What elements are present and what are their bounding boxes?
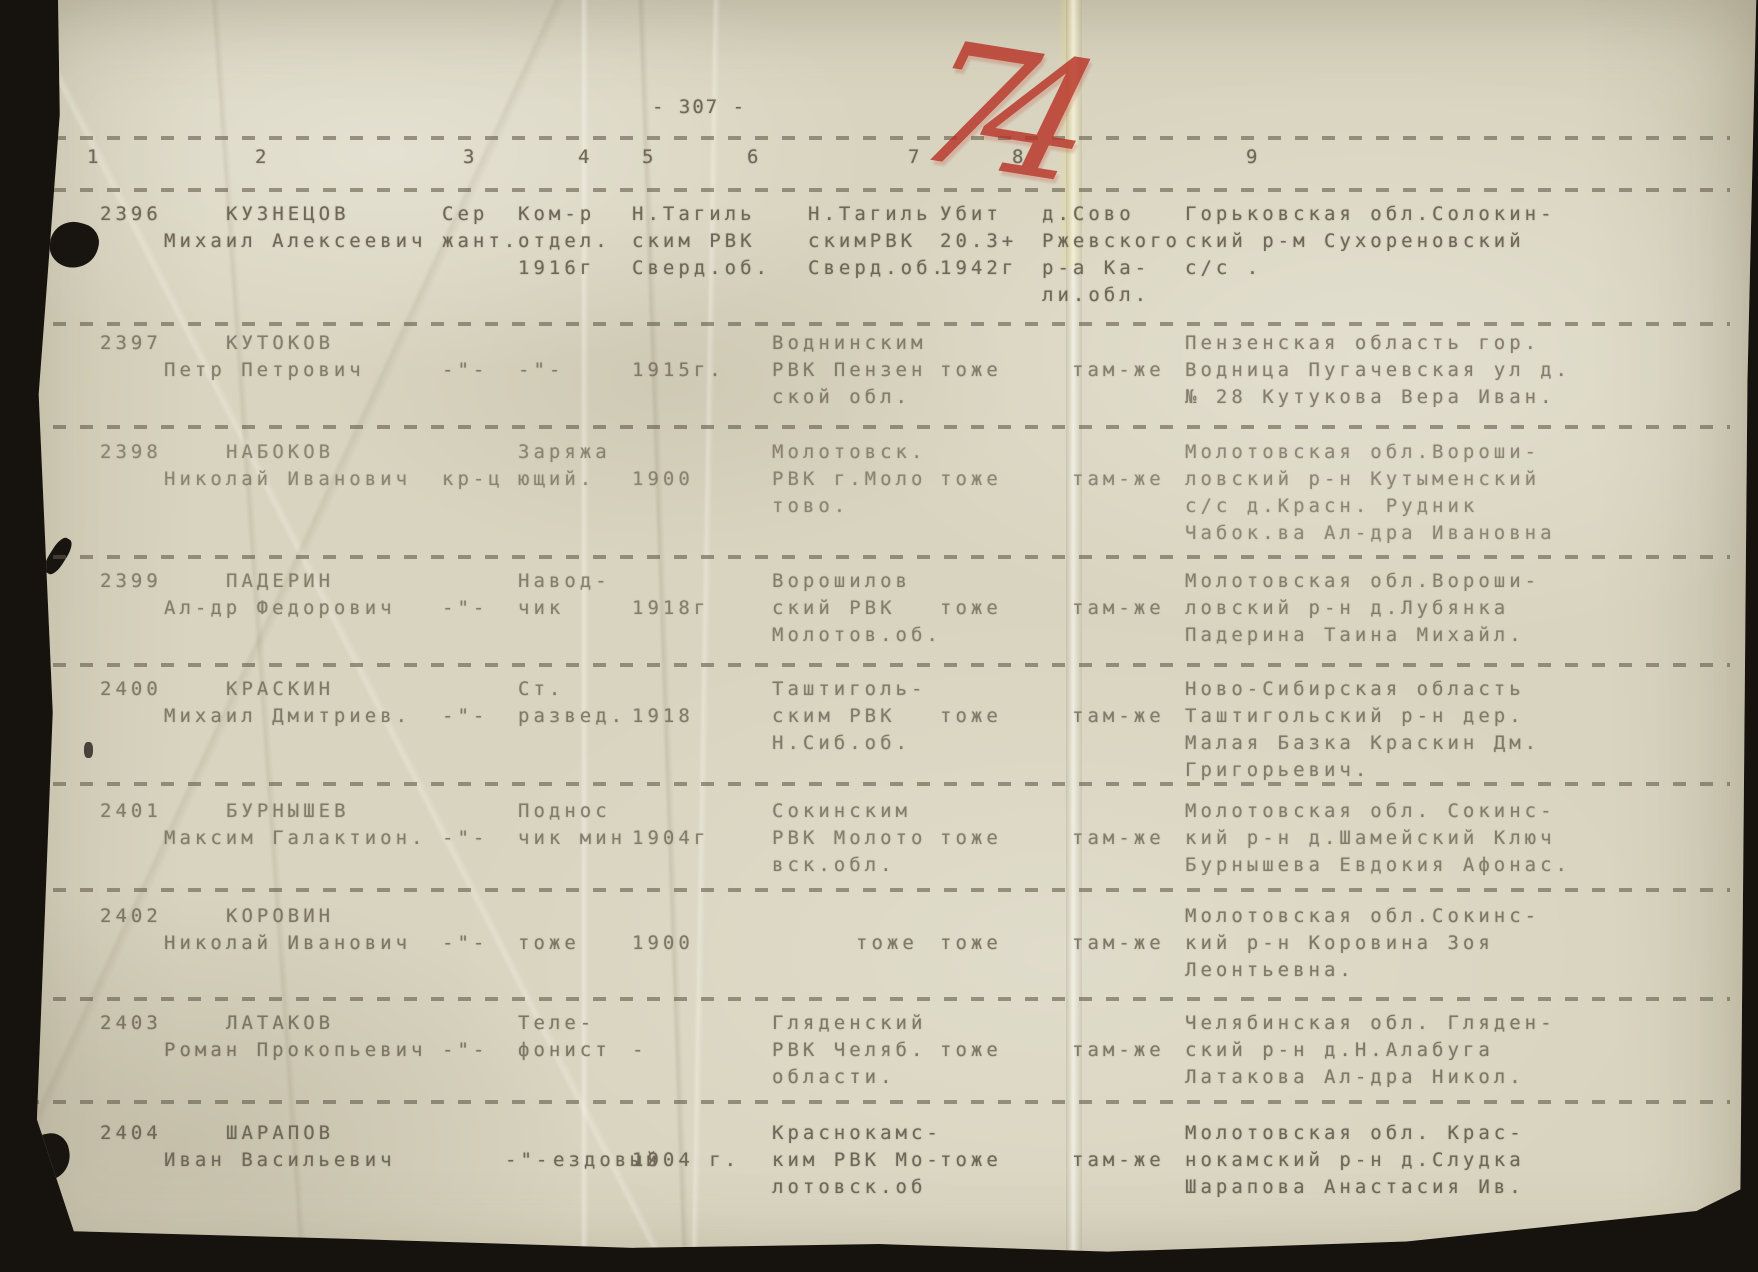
row-separator-line <box>26 425 1730 429</box>
cell-c7: тоже <box>940 570 1065 624</box>
cell-c2: КОРОВИННиколай Иванович <box>164 905 454 959</box>
row-separator-line <box>26 555 1730 559</box>
cell-c9: Молотовская обл. Сокинс-кий р-н д.Шамейс… <box>1185 800 1605 881</box>
cell-c9: Челябинская обл. Гляден-ский р-н д.Н.Ала… <box>1185 1012 1605 1093</box>
cell-c7: тоже <box>940 800 1065 854</box>
cell-c1: 2396 <box>100 203 162 230</box>
cell-c7: тоже <box>940 441 1065 495</box>
column-number-1: 1 <box>87 146 102 168</box>
cell-c6: Ворошиловский РВКМолотов.об. <box>772 570 947 651</box>
cell-c9: Горьковская обл.Солокин-ский р-м Сухорен… <box>1185 203 1605 284</box>
red-handwritten-number: 74 <box>901 18 1073 201</box>
cell-c9: Молотовская обл.Вороши-ловский р-н Кутым… <box>1185 441 1605 549</box>
cell-c5: 1915г. <box>632 332 767 386</box>
cell-c6: СокинскимРВК Молотовск.обл. <box>772 800 947 881</box>
cell-c5: 1904г <box>632 800 767 854</box>
cell-c6: Краснокамс-ким РВК Мо-лотовск.об <box>772 1122 947 1203</box>
column-number-6: 6 <box>747 146 762 168</box>
cell-c5: 1904 г. <box>632 1122 767 1176</box>
row-separator-line <box>26 188 1730 192</box>
cell-c2: ШАРАПОВИван Васильевич <box>164 1122 454 1176</box>
cell-c4: Навод-чик <box>518 570 643 624</box>
cell-c5: - <box>632 1012 767 1066</box>
column-number-9: 9 <box>1246 146 1261 168</box>
cell-c7: тоже <box>940 1122 1065 1176</box>
cell-c2: КРАСКИНМихаил Дмитриев. <box>164 678 454 732</box>
cell-c5: Н.Тагильским РВКСверд.об. <box>632 203 767 284</box>
column-number-4: 4 <box>578 146 593 168</box>
cell-c8: там-же <box>1072 678 1187 732</box>
cell-c2: КУЗНЕЦОВМихаил Алексеевич <box>164 203 454 257</box>
cell-c8: там-же <box>1072 441 1187 495</box>
cell-c4: Заряжающий. <box>518 441 643 495</box>
cell-c8: там-же <box>1072 1012 1187 1066</box>
cell-c1: 2403 <box>100 1012 162 1039</box>
cell-c4: Ст.развед. <box>518 678 643 732</box>
cell-c9: Ново-Сибирская областьТаштигольский р-н … <box>1185 678 1605 786</box>
cell-c7: тоже <box>940 905 1065 959</box>
cell-c7: тоже <box>940 678 1065 732</box>
column-number-3: 3 <box>463 146 478 168</box>
cell-c9: Пензенская область гор.Водница Пугачевск… <box>1185 332 1605 413</box>
cell-c8: там-же <box>1072 332 1187 386</box>
cell-c4: Теле-фонист <box>518 1012 643 1066</box>
cell-c6: ВоднинскимРВК Пензенской обл. <box>772 332 947 413</box>
row-separator-line <box>26 1100 1730 1104</box>
cell-c8: там-же <box>1072 570 1187 624</box>
cell-c7: тоже <box>940 332 1065 386</box>
cell-c5: 1918г <box>632 570 767 624</box>
cell-c5: 1900 <box>632 441 767 495</box>
cell-c8: там-же <box>1072 905 1187 959</box>
cell-c6: Таштиголь-ским РВКН.Сиб.об. <box>772 678 947 759</box>
cell-c8: там-же <box>1072 800 1187 854</box>
cell-c1: 2402 <box>100 905 162 932</box>
cell-c9: Молотовская обл.Сокинс-кий р-н Коровина … <box>1185 905 1605 986</box>
row-separator-line <box>26 663 1730 667</box>
cell-c1: 2397 <box>100 332 162 359</box>
cell-c9: Молотовская обл.Вороши-ловский р-н д.Луб… <box>1185 570 1605 651</box>
row-separator-line <box>26 136 1730 140</box>
cell-c4: Ком-ротдел.1916г <box>518 203 643 284</box>
cell-c6: ГляденскийРВК Челяб.области. <box>772 1012 947 1093</box>
cell-c1: 2399 <box>100 570 162 597</box>
cell-c8: там-же <box>1072 1122 1187 1176</box>
row-separator-line <box>26 888 1730 892</box>
cell-c7: тоже <box>940 1012 1065 1066</box>
cell-c5: 1918 <box>632 678 767 732</box>
row-separator-line <box>26 322 1730 326</box>
cell-c2: БУРНЫШЕВМаксим Галактион. <box>164 800 454 854</box>
cell-c2: НАБОКОВНиколай Иванович <box>164 441 454 495</box>
column-number-2: 2 <box>255 146 270 168</box>
cell-c8: д.СовоРжевскогор-а Ка-ли.обл. <box>1042 203 1157 311</box>
cell-c1: 2404 <box>100 1122 162 1149</box>
column-number-5: 5 <box>642 146 657 168</box>
paper-sheet: - 307 - 74 1234567892396КУЗНЕЦОВМихаил А… <box>0 0 1758 1272</box>
cell-c4: Подносчик мин <box>518 800 643 854</box>
page-number: - 307 - <box>652 96 746 118</box>
cell-c5: 1900 <box>632 905 767 959</box>
cell-c2: ЛАТАКОВРоман Прокопьевич <box>164 1012 454 1066</box>
cell-c1: 2400 <box>100 678 162 705</box>
row-separator-line <box>26 997 1730 1001</box>
cell-c1: 2401 <box>100 800 162 827</box>
cell-c4: -"- <box>518 332 643 386</box>
cell-c2: КУТОКОВПетр Петрович <box>164 332 454 386</box>
cell-c4: тоже <box>518 905 643 959</box>
cell-c1: 2398 <box>100 441 162 468</box>
cell-c9: Молотовская обл. Крас-нокамский р-н д.Сл… <box>1185 1122 1605 1203</box>
cell-c6: Молотовск.РВК г.Молотово. <box>772 441 947 522</box>
cell-c2: ПАДЕРИНАл-др Федорович <box>164 570 454 624</box>
